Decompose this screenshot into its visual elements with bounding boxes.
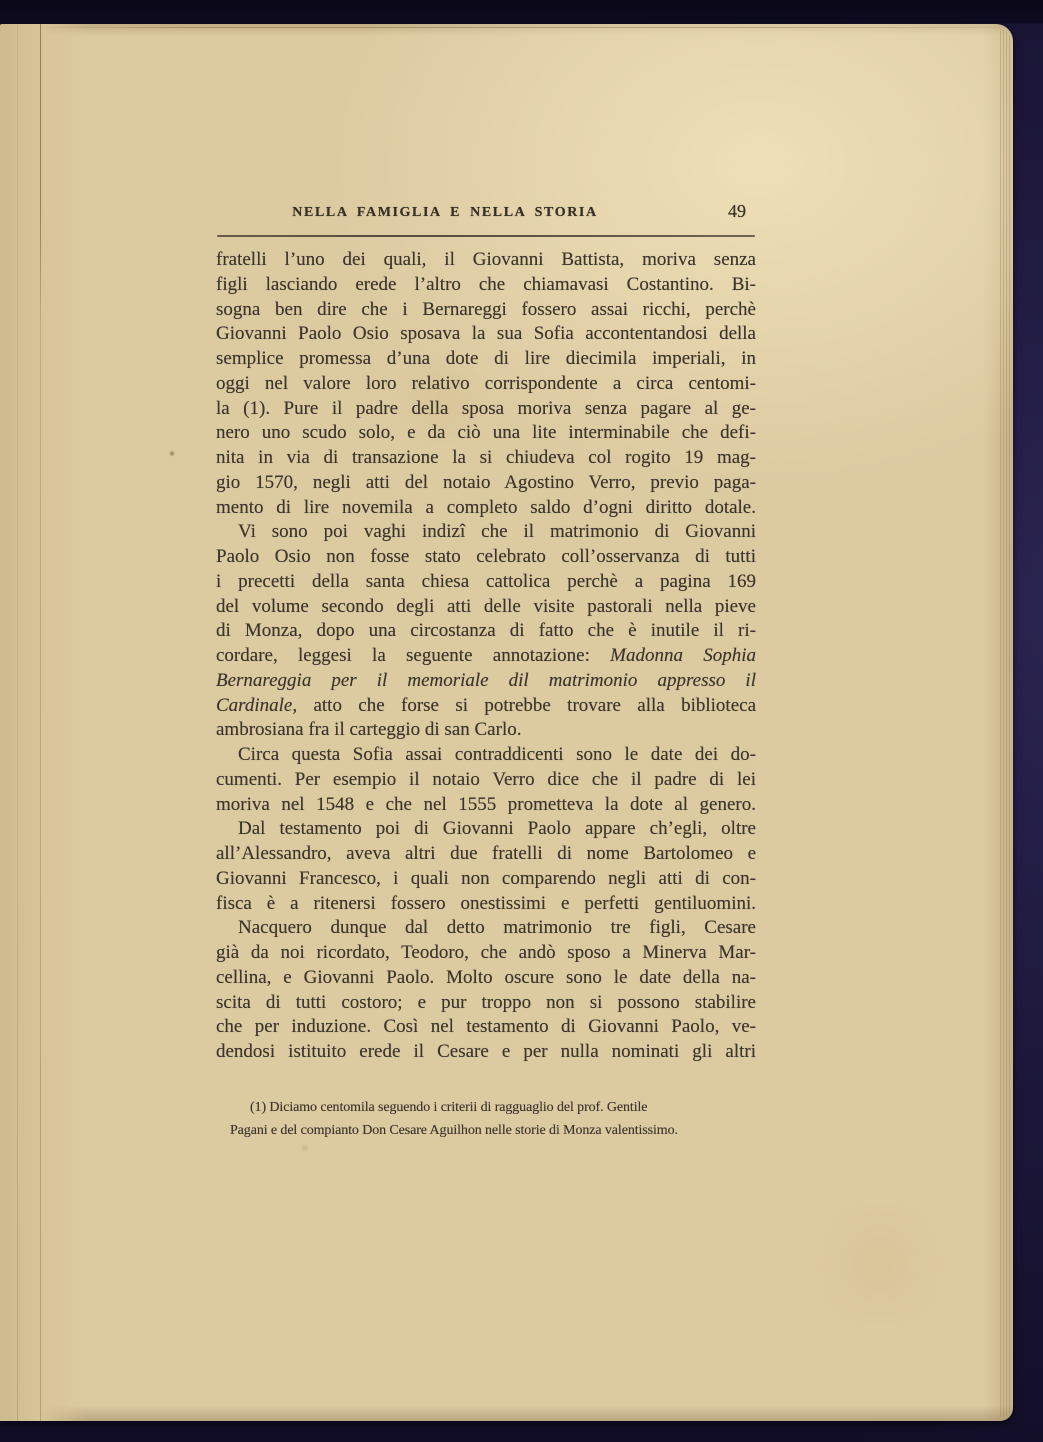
page-crease-line xyxy=(17,24,18,1421)
line-text: dendosi istituito erede il Cesare e per … xyxy=(216,1041,756,1062)
text-line: moriva nel 1548 e che nel 1555 promettev… xyxy=(216,793,756,818)
body-text: fratelli l’uno dei quali, il Giovanni Ba… xyxy=(216,248,756,1065)
line-text: Vi sono poi vaghi indizî che il matrimon… xyxy=(238,521,756,542)
text-line: Dal testamento poi di Giovanni Paolo app… xyxy=(216,817,756,842)
scanned-book-photo: NELLA FAMIGLIA E NELLA STORIA 49 fratell… xyxy=(0,0,1043,1442)
paper-stain xyxy=(800,1204,960,1324)
line-text: cellina, e Giovanni Paolo. Molto oscure … xyxy=(216,967,756,988)
line-text: già da noi ricordato, Teodoro, che andò … xyxy=(216,942,756,963)
text-line: Bernareggia per il memoriale dil matrimo… xyxy=(216,669,756,694)
line-text: che per induzione. Così nel testamento d… xyxy=(216,1016,756,1037)
text-line: Giovanni Francesco, i quali non comparen… xyxy=(216,867,756,892)
line-text: Dal testamento poi di Giovanni Paolo app… xyxy=(238,818,756,839)
text-line: di Monza, dopo una circostanza di fatto … xyxy=(216,619,756,644)
paper-stain xyxy=(169,450,175,457)
page-edge xyxy=(998,29,1012,1417)
text-line: Paolo Osio non fosse stato celebrato col… xyxy=(216,545,756,570)
text-line: i precetti della santa chiesa cattolica … xyxy=(216,570,756,595)
line-text: mento di lire novemila a completo saldo … xyxy=(216,497,756,518)
line-text: Nacquero dunque dal detto matrimonio tre… xyxy=(238,917,756,938)
line-text-italic: Cardinale, xyxy=(216,695,297,716)
line-text: Giovanni Francesco, i quali non comparen… xyxy=(216,868,756,889)
line-text: di Monza, dopo una circostanza di fatto … xyxy=(216,620,756,641)
text-line: dendosi istituito erede il Cesare e per … xyxy=(216,1040,756,1065)
text-line: ambrosiana fra il carteggio di san Carlo… xyxy=(216,718,756,743)
text-line: cumenti. Per esempio il notaio Verro dic… xyxy=(216,768,756,793)
text-line: Giovanni Paolo Osio sposava la sua Sofia… xyxy=(216,322,756,347)
footnote-text: Pagani e del compianto Don Cesare Aguilh… xyxy=(230,1123,678,1138)
header-rule xyxy=(217,235,755,237)
footnote: (1) Diciamo centomila seguendo i criteri… xyxy=(230,1096,730,1142)
line-text: Circa questa Sofia assai contraddicenti … xyxy=(238,744,756,765)
text-line: Cardinale, atto che forse si potrebbe tr… xyxy=(216,694,756,719)
line-text: cumenti. Per esempio il notaio Verro dic… xyxy=(216,769,756,790)
line-text: ambrosiana fra il carteggio di san Carlo… xyxy=(216,719,521,740)
footnote-text: (1) Diciamo centomila seguendo i criteri… xyxy=(250,1100,647,1115)
text-line: fisca è a ritenersi fossero onestissimi … xyxy=(216,892,756,917)
line-text: cordare, leggesi la seguente annotazione… xyxy=(216,645,610,666)
line-text: moriva nel 1548 e che nel 1555 promettev… xyxy=(216,794,756,815)
line-text: atto che forse si potrebbe trovare alla … xyxy=(297,695,756,716)
text-line: Nacquero dunque dal detto matrimonio tre… xyxy=(216,916,756,941)
page-header: NELLA FAMIGLIA E NELLA STORIA 49 xyxy=(216,203,756,227)
text-line: Vi sono poi vaghi indizî che il matrimon… xyxy=(216,520,756,545)
running-header: NELLA FAMIGLIA E NELLA STORIA xyxy=(292,205,597,221)
line-text-italic: Bernareggia per il memoriale dil matrimo… xyxy=(216,670,756,691)
line-text: scita di tutti costoro; e pur troppo non… xyxy=(216,992,756,1013)
text-line: già da noi ricordato, Teodoro, che andò … xyxy=(216,941,756,966)
line-text: nita in via di transazione la si chiudev… xyxy=(216,447,756,468)
text-line: scita di tutti costoro; e pur troppo non… xyxy=(216,991,756,1016)
text-line: gio 1570, negli atti del notaio Agostino… xyxy=(216,471,756,496)
line-text: semplice promessa d’una dote di lire die… xyxy=(216,348,756,369)
line-text: fisca è a ritenersi fossero onestissimi … xyxy=(216,893,756,914)
text-line: che per induzione. Così nel testamento d… xyxy=(216,1015,756,1040)
text-line: nita in via di transazione la si chiudev… xyxy=(216,446,756,471)
line-text: all’Alessandro, aveva altri due fratelli… xyxy=(216,843,756,864)
text-line: all’Alessandro, aveva altri due fratelli… xyxy=(216,842,756,867)
footnote-line: Pagani e del compianto Don Cesare Aguilh… xyxy=(230,1119,730,1142)
text-line: cellina, e Giovanni Paolo. Molto oscure … xyxy=(216,966,756,991)
page-crease-line xyxy=(40,24,41,1421)
line-text: Giovanni Paolo Osio sposava la sua Sofia… xyxy=(216,323,756,344)
line-text: fratelli l’uno dei quali, il Giovanni Ba… xyxy=(216,249,756,270)
line-text: nero uno scudo solo, e da ciò una lite i… xyxy=(216,422,756,443)
text-line: cordare, leggesi la seguente annotazione… xyxy=(216,644,756,669)
paper-stain xyxy=(300,1144,310,1152)
line-text: del volume secondo degli atti delle visi… xyxy=(216,596,756,617)
line-text: la (1). Pure il padre della sposa moriva… xyxy=(216,398,756,419)
line-text: i precetti della santa chiesa cattolica … xyxy=(216,571,756,592)
line-text: sogna ben dire che i Bernareggi fossero … xyxy=(216,299,756,320)
line-text: figli lasciando erede l’altro che chiama… xyxy=(216,274,756,295)
line-text: Paolo Osio non fosse stato celebrato col… xyxy=(216,546,756,567)
text-line: del volume secondo degli atti delle visi… xyxy=(216,595,756,620)
text-line: figli lasciando erede l’altro che chiama… xyxy=(216,273,756,298)
line-text: gio 1570, negli atti del notaio Agostino… xyxy=(216,472,756,493)
text-line: mento di lire novemila a completo saldo … xyxy=(216,496,756,521)
page-number: 49 xyxy=(728,201,746,222)
text-line: la (1). Pure il padre della sposa moriva… xyxy=(216,397,756,422)
text-line: nero uno scudo solo, e da ciò una lite i… xyxy=(216,421,756,446)
text-line: Circa questa Sofia assai contraddicenti … xyxy=(216,743,756,768)
footnote-line: (1) Diciamo centomila seguendo i criteri… xyxy=(230,1096,730,1119)
text-line: sogna ben dire che i Bernareggi fossero … xyxy=(216,298,756,323)
text-line: oggi nel valore loro relativo corrispond… xyxy=(216,372,756,397)
line-text-italic: Madonna Sophia xyxy=(610,645,756,666)
line-text: oggi nel valore loro relativo corrispond… xyxy=(216,373,756,394)
text-line: semplice promessa d’una dote di lire die… xyxy=(216,347,756,372)
text-line: fratelli l’uno dei quali, il Giovanni Ba… xyxy=(216,248,756,273)
